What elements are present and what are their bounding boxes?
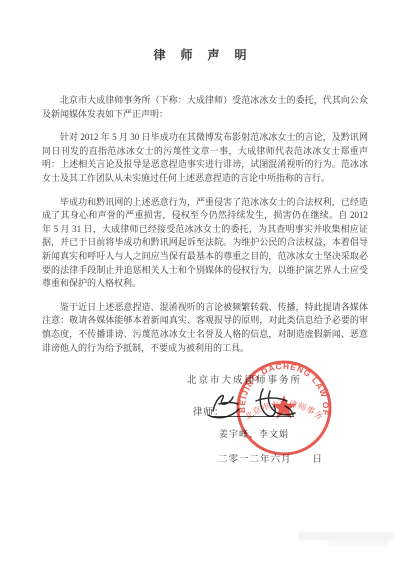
statement-body: 北京市大成律师事务所（下称：大成律师）受范冰冰女士的委托，代其向公众及新闻媒体发… — [42, 94, 368, 365]
faint-watermark — [288, 528, 400, 548]
lawyer-statement-document: 律 师 声 明 北京市大成律师事务所（下称：大成律师）受范冰冰女士的委托，代其向… — [0, 0, 400, 562]
statement-paragraph: 鉴于近日上述恶意捏造、混淆视听的言论被频繁转载、传播，特此提请各媒体注意：敬请各… — [42, 301, 368, 355]
lawyer-signature — [203, 384, 307, 426]
watermark-band — [328, 540, 388, 546]
statement-paragraph: 北京市大成律师事务所（下称：大成律师）受范冰冰女士的委托，代其向公众及新闻媒体发… — [42, 94, 368, 121]
watermark-band — [298, 532, 393, 540]
statement-paragraph: 针对 2012 年 5 月 30 日毕成功在其微博发布影射范冰冰女士的言论，及黔… — [42, 131, 368, 185]
statement-paragraph: 毕成功和黔讯网的上述恶意行为，严重侵害了范冰冰女士的合法权利，已经造成了其身心和… — [42, 196, 368, 291]
page-title: 律 师 声 明 — [0, 46, 400, 63]
